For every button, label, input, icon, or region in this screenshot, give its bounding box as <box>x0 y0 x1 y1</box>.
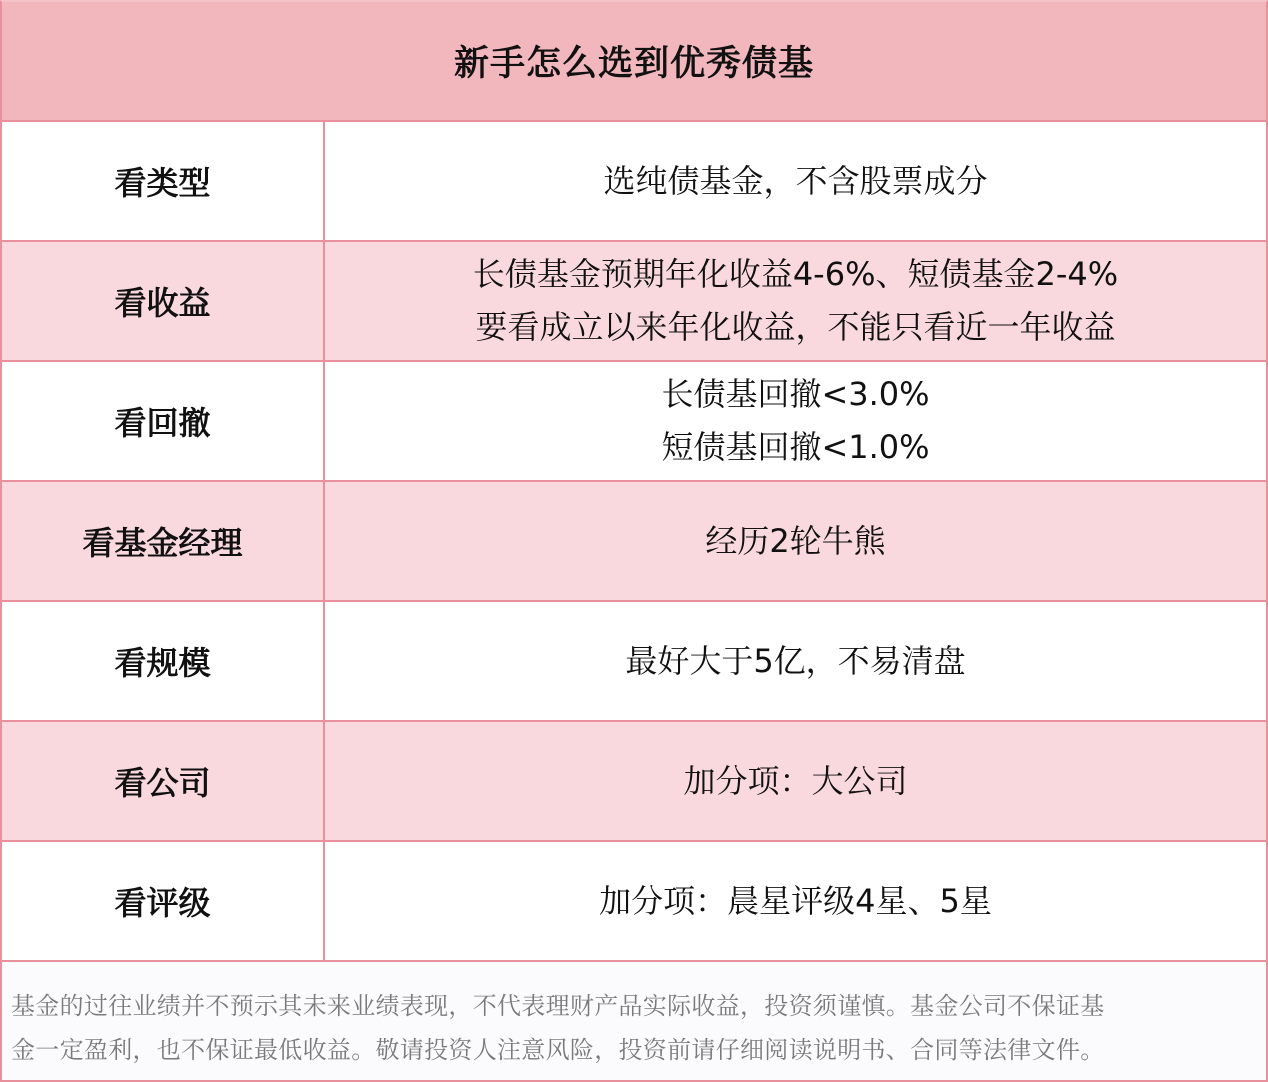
row-value-cell: 加分项：晨星评级4星、5星 <box>325 842 1266 960</box>
row-label-cell: 看收益 <box>2 242 325 360</box>
disclaimer-line: 基金的过往业绩并不预示其未来业绩表现，不代表理财产品实际收益，投资须谨慎。基金公… <box>11 984 1258 1028</box>
risk-disclaimer: 基金的过往业绩并不预示其未来业绩表现，不代表理财产品实际收益，投资须谨慎。基金公… <box>2 962 1266 1080</box>
table-row-drawdown: 看回撤 长债基回撤<3.0% 短债基回撤<1.0% <box>2 362 1266 482</box>
row-label-cell: 看基金经理 <box>2 482 325 600</box>
table-row-return: 看收益 长债基金预期年化收益4-6%、短债基金2-4% 要看成立以来年化收益，不… <box>2 242 1266 362</box>
row-label-cell: 看类型 <box>2 122 325 240</box>
row-label: 看类型 <box>114 158 210 204</box>
row-value-line: 加分项：晨星评级4星、5星 <box>599 875 992 928</box>
row-value-line: 最好大于5亿，不易清盘 <box>625 635 965 688</box>
table-row-company: 看公司 加分项：大公司 <box>2 722 1266 842</box>
row-label: 看规模 <box>114 638 210 684</box>
row-value-line: 长债基回撤<3.0% <box>661 368 929 421</box>
row-value-cell: 选纯债基金，不含股票成分 <box>325 122 1266 240</box>
table-row-type: 看类型 选纯债基金，不含股票成分 <box>2 122 1266 242</box>
row-value-cell: 长债基金预期年化收益4-6%、短债基金2-4% 要看成立以来年化收益，不能只看近… <box>325 242 1266 360</box>
row-value-line: 要看成立以来年化收益，不能只看近一年收益 <box>475 301 1115 354</box>
row-value-cell: 经历2轮牛熊 <box>325 482 1266 600</box>
row-label: 看收益 <box>114 278 210 324</box>
row-value-cell: 加分项：大公司 <box>325 722 1266 840</box>
table-row-rating: 看评级 加分项：晨星评级4星、5星 <box>2 842 1266 962</box>
row-value-line: 选纯债基金，不含股票成分 <box>603 155 987 208</box>
row-value-line: 经历2轮牛熊 <box>705 515 885 568</box>
row-label-cell: 看公司 <box>2 722 325 840</box>
row-label: 看回撤 <box>114 398 210 444</box>
row-label-cell: 看规模 <box>2 602 325 720</box>
row-value-cell: 长债基回撤<3.0% 短债基回撤<1.0% <box>325 362 1266 480</box>
row-value-cell: 最好大于5亿，不易清盘 <box>325 602 1266 720</box>
row-label-cell: 看评级 <box>2 842 325 960</box>
bond-fund-guide-table: 新手怎么选到优秀债基 看类型 选纯债基金，不含股票成分 看收益 长债基金预期年化… <box>0 0 1268 1082</box>
row-label-cell: 看回撤 <box>2 362 325 480</box>
table-row-manager: 看基金经理 经历2轮牛熊 <box>2 482 1266 602</box>
table-title-row: 新手怎么选到优秀债基 <box>2 2 1266 122</box>
row-label: 看基金经理 <box>82 518 242 564</box>
disclaimer-line: 金一定盈利，也不保证最低收益。敬请投资人注意风险，投资前请仔细阅读说明书、合同等… <box>11 1028 1258 1072</box>
row-value-line: 短债基回撤<1.0% <box>661 421 929 474</box>
row-value-line: 长债基金预期年化收益4-6%、短债基金2-4% <box>473 248 1118 301</box>
table-title: 新手怎么选到优秀债基 <box>454 36 814 86</box>
row-label: 看评级 <box>114 878 210 924</box>
table-row-scale: 看规模 最好大于5亿，不易清盘 <box>2 602 1266 722</box>
row-label: 看公司 <box>114 758 210 804</box>
row-value-line: 加分项：大公司 <box>683 755 907 808</box>
